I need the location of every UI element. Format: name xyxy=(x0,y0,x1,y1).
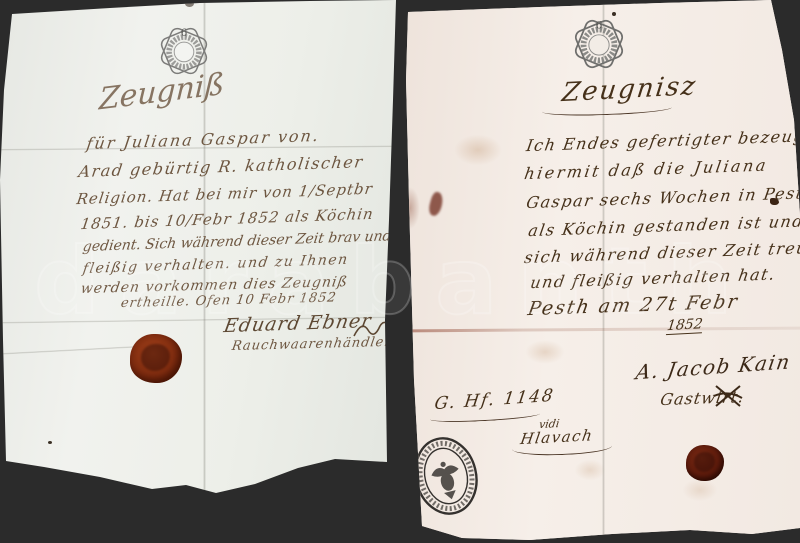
wax-seal-left xyxy=(130,334,182,383)
embossed-revenue-stamp-right: 6 xyxy=(570,14,628,74)
document-line: als Köchin gestanden ist und xyxy=(527,211,800,240)
document-line: Gaspar sechs Wochen in Pesth xyxy=(525,183,800,212)
document-line: Ich Endes gefertigter bezeuge xyxy=(525,126,800,155)
wax-seal-impression xyxy=(694,452,715,472)
signature: A. Jacob Kain xyxy=(634,349,793,384)
document-line: und fleißig verhalten hat. xyxy=(529,264,777,292)
left-flap-crease xyxy=(0,345,150,355)
document-line: Religion. Hat bei mir von 1/Septbr xyxy=(75,180,374,208)
document-line: 1851. bis 10/Febr 1852 als Köchin xyxy=(79,205,375,233)
left-document: 6 Zeugniß für Juliana Gaspar von. Arad g… xyxy=(0,0,400,543)
fold-top-smudge xyxy=(185,0,194,7)
signature-title: Rauchwaarenhändler xyxy=(231,335,393,354)
date-year: 1852 xyxy=(666,316,704,335)
signature: Eduard Ebner xyxy=(222,310,373,337)
photo-stage: 6 Zeugniß für Juliana Gaspar von. Arad g… xyxy=(0,0,800,543)
official-round-stamp xyxy=(403,427,489,525)
edge-stain xyxy=(427,191,445,217)
wax-seal-right xyxy=(686,445,724,481)
stamp-denomination: 6 xyxy=(181,27,188,39)
dateline: Pesth am 27t Febr xyxy=(526,291,740,321)
document-title: Zeugniß xyxy=(98,67,225,118)
document-line: sich während dieser Zeit treu xyxy=(523,238,800,267)
crossed-flourish xyxy=(712,382,744,410)
document-line: hiermit daß die Juliana xyxy=(523,155,770,183)
paper-speck xyxy=(48,441,52,444)
vidi-flourish xyxy=(512,438,612,456)
wax-seal-impression xyxy=(141,344,170,371)
document-line: Arad gebürtig R. katholischer xyxy=(77,152,365,181)
stamp-denomination: 6 xyxy=(596,19,603,32)
right-document: 6 Zeugnisz Ich Endes gefertigter bezeuge… xyxy=(400,0,800,543)
document-line: fleißig verhalten. und zu Ihnen xyxy=(82,252,350,277)
